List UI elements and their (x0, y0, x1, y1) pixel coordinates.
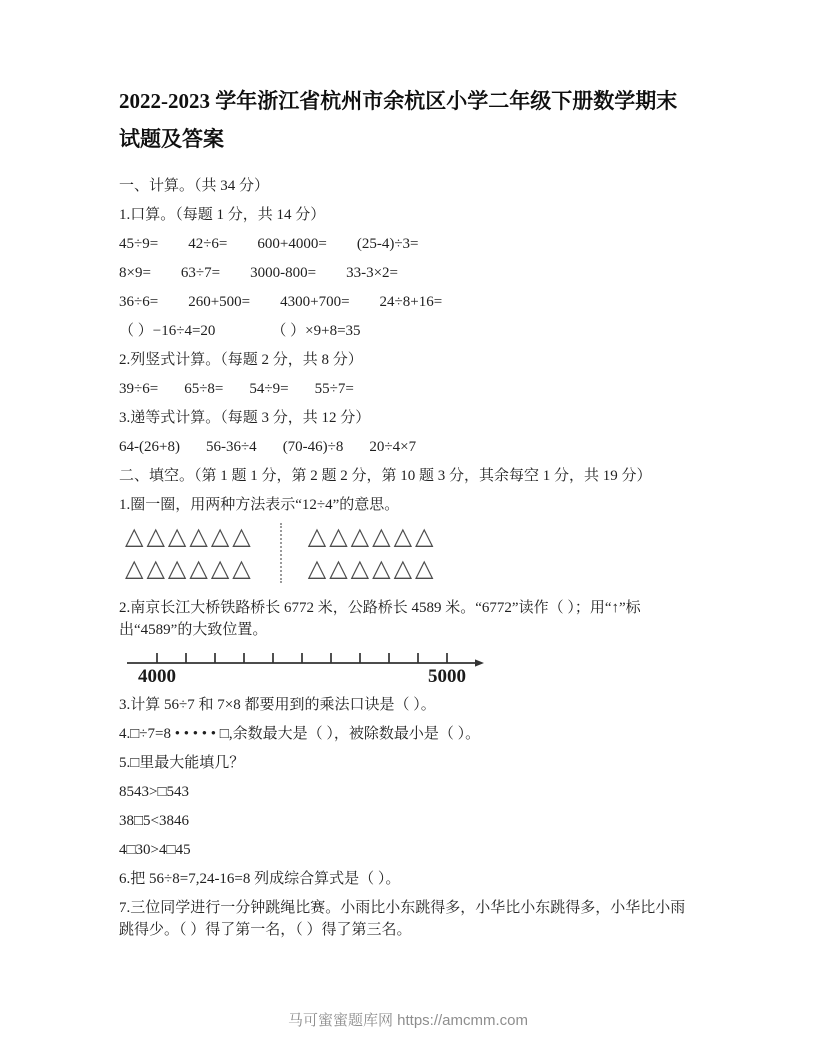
fill-question-1: 1.圈一圈，用两种方法表示“12÷4”的意思。 (119, 494, 700, 516)
oral-calc-row-1: 45÷9= 42÷6= 600+4000= (25-4)÷3= (119, 233, 700, 255)
triangle-row: △△△△△△ (125, 555, 254, 583)
oral-problem: 600+4000= (257, 233, 326, 255)
oral-problem: 260+500= (188, 291, 250, 313)
oral-calc-row-2: 8×9= 63÷7= 3000-800= 33-3×2= (119, 262, 700, 284)
oral-problem: 33-3×2= (346, 262, 398, 284)
footer: 马可蜜蜜题库网 https://amcmm.com (0, 1009, 816, 1030)
number-line-arrow (475, 659, 484, 666)
oral-problem: 24÷8+16= (380, 291, 443, 313)
page-title-line-2: 试题及答案 (119, 120, 700, 158)
oral-problem: 4300+700= (280, 291, 349, 313)
triangle-group-right: △△△△△△ △△△△△△ (308, 523, 437, 583)
oral-problem: 63÷7= (181, 262, 220, 284)
vertical-problem: 54÷9= (249, 378, 288, 400)
oral-problem: 45÷9= (119, 233, 158, 255)
oral-problem: 36÷6= (119, 291, 158, 313)
fill-question-4: 4.□÷7=8 • • • • • □,余数最大是（ ），被除数最小是（ ）。 (119, 723, 700, 745)
fill-q5-comparison-2: 38□5<3846 (119, 810, 700, 832)
triangle-row: △△△△△△ (125, 523, 254, 551)
stepwise-problem: 56-36÷4 (206, 436, 257, 458)
triangle-group-left: △△△△△△ △△△△△△ (125, 523, 254, 583)
number-line-figure: 4000 5000 (127, 648, 491, 688)
stepwise-problem: (70-46)÷8 (283, 436, 344, 458)
stepwise-calc-problems: 64-(26+8) 56-36÷4 (70-46)÷8 20÷4×7 (119, 436, 700, 458)
stepwise-problem: 64-(26+8) (119, 436, 180, 458)
dotted-divider (280, 523, 282, 583)
oral-calc-row-4: （ ）−16÷4=20 （ ）×9+8=35 (119, 320, 700, 342)
oral-problem: 42÷6= (188, 233, 227, 255)
fill-question-2: 2.南京长江大桥铁路桥长 6772 米，公路桥长 4589 米。“6772”读作… (119, 597, 700, 641)
oral-calc-header: 1.口算。（每题 1 分，共 14 分） (119, 204, 700, 226)
vertical-calc-header: 2.列竖式计算。（每题 2 分，共 8 分） (119, 349, 700, 371)
fill-q5-comparison-1: 8543>□543 (119, 781, 700, 803)
fill-q5-comparison-3: 4□30>4□45 (119, 839, 700, 861)
page-title: 2022-2023 学年浙江省杭州市余杭区小学二年级下册数学期末 试题及答案 (119, 82, 700, 158)
vertical-calc-problems: 39÷6= 65÷8= 54÷9= 55÷7= (119, 378, 700, 400)
page-title-line-1: 2022-2023 学年浙江省杭州市余杭区小学二年级下册数学期末 (119, 82, 700, 120)
triangle-row: △△△△△△ (308, 555, 437, 583)
number-line-left-label: 4000 (138, 666, 176, 687)
vertical-problem: 39÷6= (119, 378, 158, 400)
oral-problem: （ ）×9+8=35 (271, 320, 360, 342)
number-line-axis (127, 653, 479, 663)
fill-question-7: 7.三位同学进行一分钟跳绳比赛。小雨比小东跳得多，小华比小东跳得多，小华比小雨跳… (119, 897, 700, 941)
stepwise-calc-header: 3.递等式计算。（每题 3 分，共 12 分） (119, 407, 700, 429)
triangle-figure: △△△△△△ △△△△△△ △△△△△△ △△△△△△ (125, 523, 700, 583)
oral-problem: 3000-800= (250, 262, 316, 284)
stepwise-problem: 20÷4×7 (369, 436, 416, 458)
section-1-header: 一、计算。（共 34 分） (119, 175, 700, 197)
vertical-problem: 65÷8= (184, 378, 223, 400)
fill-question-6: 6.把 56÷8=7,24-16=8 列成综合算式是（ ）。 (119, 868, 700, 890)
oral-problem: (25-4)÷3= (357, 233, 419, 255)
oral-problem: （ ）−16÷4=20 (119, 320, 215, 342)
vertical-problem: 55÷7= (315, 378, 354, 400)
oral-problem: 8×9= (119, 262, 151, 284)
triangle-row: △△△△△△ (308, 523, 437, 551)
number-line-right-label: 5000 (428, 666, 466, 687)
fill-question-5: 5.□里最大能填几？ (119, 752, 700, 774)
exam-page: 2022-2023 学年浙江省杭州市余杭区小学二年级下册数学期末 试题及答案 一… (0, 0, 816, 1056)
fill-question-3: 3.计算 56÷7 和 7×8 都要用到的乘法口诀是（ ）。 (119, 694, 700, 716)
oral-calc-row-3: 36÷6= 260+500= 4300+700= 24÷8+16= (119, 291, 700, 313)
section-2-header: 二、填空。（第 1 题 1 分，第 2 题 2 分，第 10 题 3 分，其余每… (119, 465, 700, 487)
